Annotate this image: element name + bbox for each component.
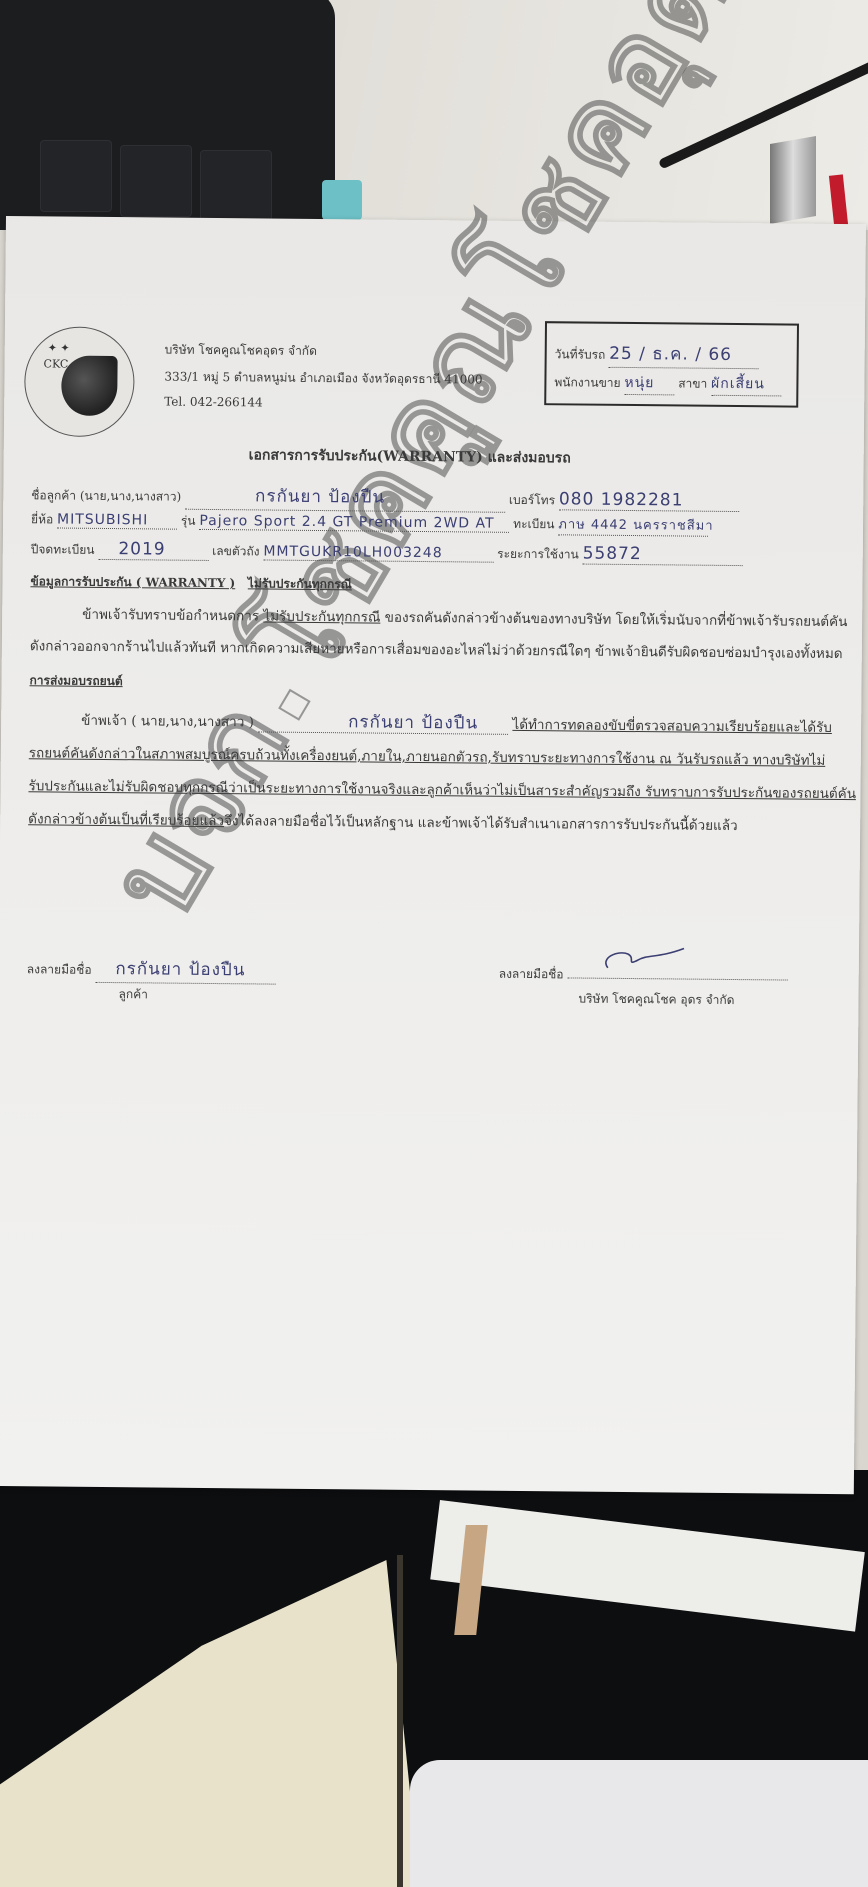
receipt-date-value: 25 / ธ.ค. / 66 xyxy=(609,340,759,369)
receipt-date-label: วันที่รับรถ xyxy=(555,347,606,361)
company-caption: บริษัท โชคคูณโชค อุดร จำกัด xyxy=(578,990,734,1010)
warranty-paragraph-line2: ดังกล่าวออกจากร้านไปแล้วทันที หากเกิดควา… xyxy=(30,630,843,671)
salesperson-label: พนักงานขาย xyxy=(554,375,620,390)
registration-row: ปีจดทะเบียน 2019 เลขตัวถัง MMTGUKR10LH00… xyxy=(31,538,743,566)
model-label: รุ่น xyxy=(181,514,196,528)
white-towel xyxy=(410,1760,868,1887)
reg-year-value: 2019 xyxy=(98,539,208,561)
delivery-text: ดังกล่าวข้างต้นเป็นที่เรียบร้อยแล้ว xyxy=(28,811,224,829)
document-title: เอกสารการรับประกัน(WARRANTY) และส่งมอบรถ xyxy=(249,444,571,469)
delivery-customer-label: ข้าพเจ้า ( นาย,นาง,นางสาว ) xyxy=(81,713,254,731)
warranty-no-coverage: ไม่รับประกันทุกกรณี xyxy=(263,608,380,625)
customer-signature-label: ลงลายมือชื่อ xyxy=(27,962,92,977)
company-name: บริษัท โชคคูณโชคอุดร จำกัด xyxy=(165,341,317,361)
mileage-value: 55872 xyxy=(583,544,743,567)
company-tel: Tel. 042-266144 xyxy=(164,395,263,410)
keyboard xyxy=(0,0,335,230)
warranty-text: ของรถคันดังกล่าวข้างต้นของทางบริษัท โดยใ… xyxy=(385,610,848,630)
plate-label: ทะเบียน xyxy=(513,517,554,531)
stars-icon: ✦ ✦ xyxy=(48,341,70,354)
plate-value: ภาษ 4442 นครราชสีมา xyxy=(558,513,708,536)
warranty-heading-row: ข้อมูลการรับประกัน ( WARRANTY ) ไม่รับปร… xyxy=(30,572,352,594)
company-signature-row: ลงลายมือชื่อ xyxy=(499,959,788,987)
mileage-label: ระยะการใช้งาน xyxy=(497,547,579,562)
chassis-label: เลขตัวถัง xyxy=(212,544,259,558)
horse-emblem-icon xyxy=(61,356,118,417)
signature-scribble-icon xyxy=(597,944,687,975)
receipt-date-row: วันที่รับรถ 25 / ธ.ค. / 66 xyxy=(555,339,760,369)
branch-label: สาขา xyxy=(678,376,707,390)
keyboard-key xyxy=(40,140,112,212)
logo-abbr: CKC xyxy=(44,357,69,370)
customer-value: กรกันยา ป้องปืน xyxy=(185,482,505,513)
salesperson-value: หนุ่ย xyxy=(624,372,674,395)
model-value: Pajero Sport 2.4 GT Premium 2WD AT xyxy=(199,513,509,533)
keyboard-key xyxy=(200,150,272,222)
warranty-document: บจก.โชคคูณโชคอุดร ✦ ✦ CKC บริษัท โชคคูณโ… xyxy=(0,216,866,1494)
metal-clip xyxy=(770,136,816,224)
keyboard-key xyxy=(120,145,192,217)
customer-caption: ลูกค้า xyxy=(118,985,148,1004)
company-address: 333/1 หมู่ 5 ตำบลหนูม่น อำเภอเมือง จังหว… xyxy=(164,368,482,390)
warranty-text: ข้าพเจ้ารับทราบข้อกำหนดการ xyxy=(82,607,259,625)
delivery-heading: การส่งมอบรถยนต์ xyxy=(29,671,122,691)
branch-value: ผักเสี้ยน xyxy=(711,373,781,397)
warranty-heading-note: ไม่รับประกันทุกกรณี xyxy=(248,576,352,591)
salesperson-row: พนักงานขาย หนุ่ย สาขา ผักเสี้ยน xyxy=(554,371,781,396)
warranty-heading: ข้อมูลการรับประกัน ( WARRANTY ) xyxy=(30,574,235,590)
phone-label: เบอร์โทร xyxy=(509,493,555,507)
chassis-value: MMTGUKR10LH003248 xyxy=(263,543,493,562)
brand-label: ยี่ห้อ xyxy=(31,512,53,526)
delivery-line4: ดังกล่าวข้างต้นเป็นที่เรียบร้อยแล้วจึงได… xyxy=(28,803,738,843)
delivery-customer-value: กรกันยา ป้องปืน xyxy=(258,711,508,734)
teal-object xyxy=(322,180,362,220)
customer-label: ชื่อลูกค้า (นาย,นาง,นางสาว) xyxy=(31,488,181,503)
delivery-text: ได้ทำการทดลองขับขี่ตรวจสอบความเรียบร้อยแ… xyxy=(512,717,832,736)
company-signature-label: ลงลายมือชื่อ xyxy=(499,967,564,982)
cloth-cord xyxy=(397,1555,403,1887)
receipt-info-box: วันที่รับรถ 25 / ธ.ค. / 66 พนักงานขาย หน… xyxy=(544,321,799,407)
company-logo: ✦ ✦ CKC xyxy=(24,326,135,437)
customer-signature: กรกันยา ป้องปืน xyxy=(95,955,275,985)
company-signature xyxy=(567,959,787,980)
reg-year-label: ปีจดทะเบียน xyxy=(31,542,95,557)
brand-value: MITSUBISHI xyxy=(57,512,177,530)
customer-signature-row: ลงลายมือชื่อ กรกันยา ป้องปืน xyxy=(27,954,276,984)
phone-value: 080 1982281 xyxy=(559,489,739,512)
delivery-text: จึงได้ลงลายมือชื่อไว้เป็นหลักฐาน และข้าพ… xyxy=(224,813,738,834)
